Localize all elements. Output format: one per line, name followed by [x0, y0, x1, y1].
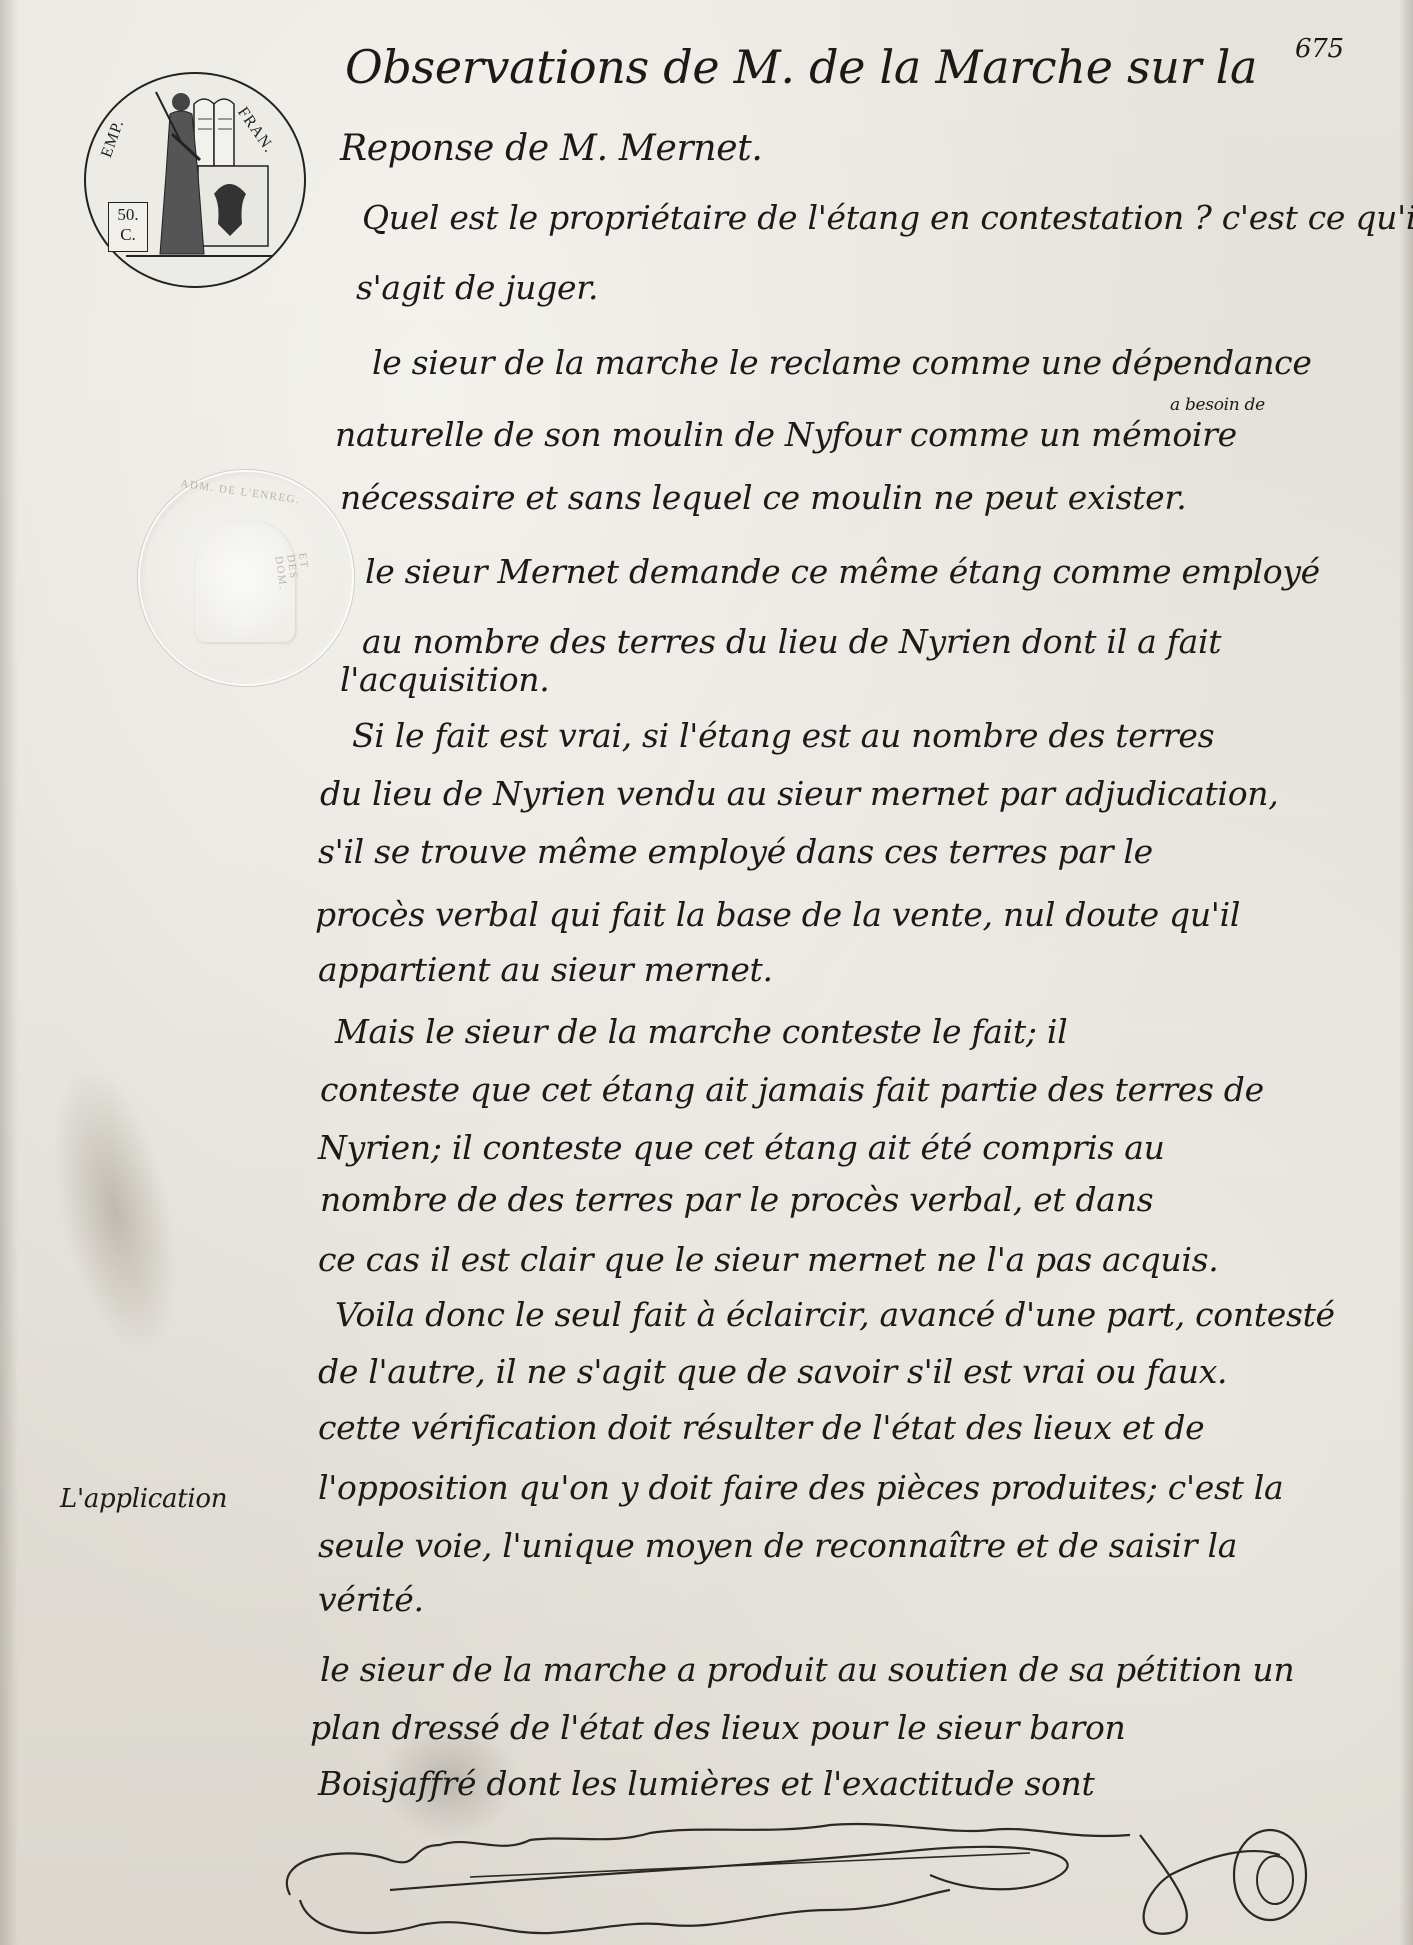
text-line-10: du lieu de Nyrien vendu au sieur mernet … — [320, 774, 1278, 813]
folio-number: 675 — [1295, 34, 1344, 64]
text-line-7: au nombre des terres du lieu de Nyrien d… — [362, 622, 1221, 661]
stamp-value-unit: C. — [109, 225, 147, 245]
text-line-19: Voila donc le seul fait à éclaircir, ava… — [335, 1295, 1335, 1334]
text-line-3: le sieur de la marche le reclame comme u… — [372, 343, 1312, 382]
manuscript-page: EMP. FRAN. 50. C. ADM. DE L'ENREG. ET DE… — [0, 0, 1413, 1945]
text-line-27: Boisjaffré dont les lumières et l'exacti… — [318, 1764, 1094, 1803]
text-line-24: vérité. — [318, 1580, 424, 1619]
text-line-9: Si le fait est vrai, si l'étang est au n… — [352, 716, 1214, 755]
flourish-paraph-icon — [270, 1815, 1370, 1945]
text-line-8: l'acquisition. — [340, 660, 549, 699]
text-line-26: plan dressé de l'état des lieux pour le … — [310, 1708, 1126, 1747]
text-line-6: le sieur Mernet demande ce même étang co… — [365, 552, 1320, 591]
document-subtitle: Reponse de M. Mernet. — [340, 128, 763, 169]
tax-stamp: EMP. FRAN. 50. C. — [84, 72, 306, 288]
margin-note: L'application — [60, 1484, 227, 1514]
page-edge-shadow-right — [1399, 0, 1413, 1945]
text-line-2: s'agit de juger. — [356, 268, 598, 307]
text-line-23: seule voie, l'unique moyen de reconnaîtr… — [318, 1526, 1237, 1565]
text-line-4: naturelle de son moulin de Nyfour comme … — [335, 415, 1237, 454]
text-line-21: cette vérification doit résulter de l'ét… — [318, 1408, 1204, 1447]
embossed-seal: ADM. DE L'ENREG. ET DES DOM. — [138, 470, 354, 686]
seal-legend-top: ADM. DE L'ENREG. — [180, 478, 301, 507]
text-line-1: Quel est le propriétaire de l'étang en c… — [362, 198, 1413, 237]
text-line-11: s'il se trouve même employé dans ces ter… — [318, 832, 1153, 871]
page-edge-shadow — [0, 0, 18, 1945]
stamp-figure-icon — [86, 74, 304, 286]
text-line-5: nécessaire et sans lequel ce moulin ne p… — [340, 478, 1186, 517]
text-line-12: procès verbal qui fait la base de la ven… — [315, 895, 1240, 934]
ink-stain — [30, 1052, 200, 1368]
seal-legend-right: ET DES DOM. — [272, 552, 314, 601]
text-line-20: de l'autre, il ne s'agit que de savoir s… — [318, 1352, 1227, 1391]
stamp-value: 50. C. — [108, 202, 148, 252]
stamp-value-amount: 50. — [109, 205, 147, 225]
text-line-25: le sieur de la marche a produit au souti… — [320, 1650, 1294, 1689]
document-title: Observations de M. de la Marche sur la — [345, 40, 1257, 94]
text-line-22: l'opposition qu'on y doit faire des pièc… — [318, 1468, 1283, 1507]
text-line-16: Nyrien; il conteste que cet étang ait ét… — [318, 1128, 1165, 1167]
text-line-13: appartient au sieur mernet. — [318, 950, 773, 989]
text-line-17: nombre de des terres par le procès verba… — [320, 1180, 1153, 1219]
text-line-18: ce cas il est clair que le sieur mernet … — [318, 1240, 1218, 1279]
interlinear-insertion: a besoin de — [1170, 395, 1265, 415]
text-line-14: Mais le sieur de la marche conteste le f… — [335, 1012, 1067, 1051]
text-line-15: conteste que cet étang ait jamais fait p… — [320, 1070, 1264, 1109]
